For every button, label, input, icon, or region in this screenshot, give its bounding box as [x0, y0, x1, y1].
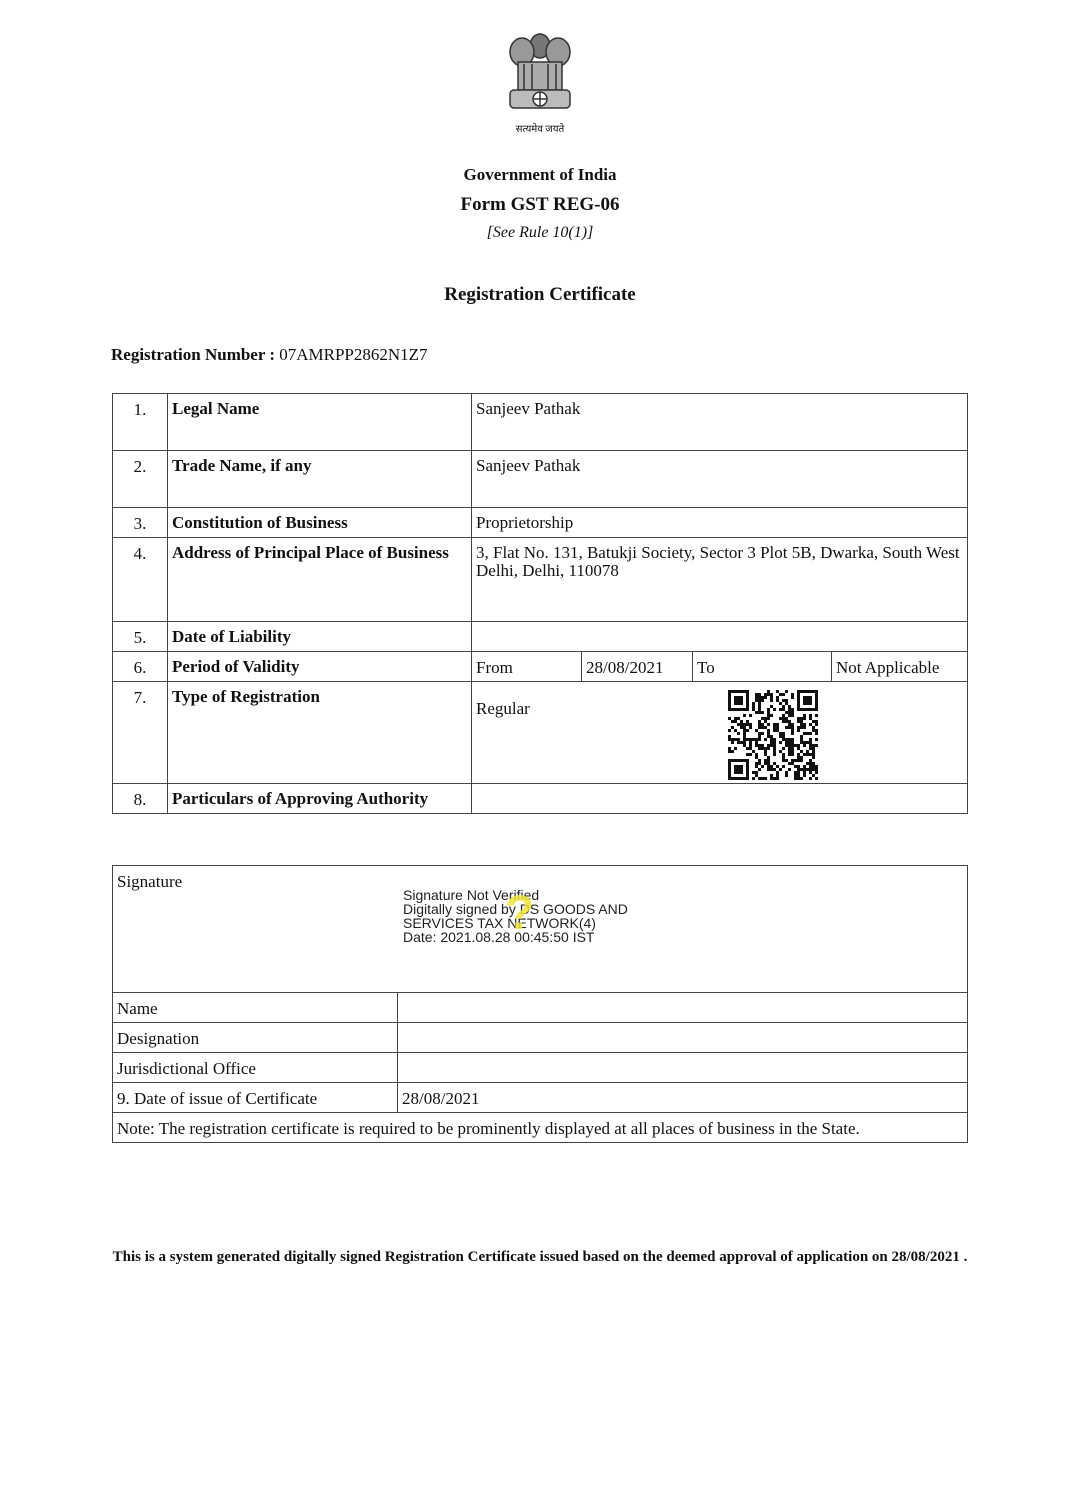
constitution-value: Proprietorship	[472, 508, 968, 538]
row-label: Address of Principal Place of Business	[168, 538, 472, 622]
authority-table: Signature Signature Not Verified Digital…	[112, 865, 968, 1143]
row-number: 4.	[113, 538, 168, 622]
validity-to-label: To	[693, 652, 832, 682]
certificate-table: 1. Legal Name Sanjeev Pathak 2. Trade Na…	[112, 393, 968, 814]
row-number: 3.	[113, 508, 168, 538]
row-number: 8.	[113, 784, 168, 814]
signature-row: Signature Signature Not Verified Digital…	[113, 866, 968, 993]
national-emblem-icon	[500, 22, 580, 122]
row-label: Particulars of Approving Authority	[168, 784, 472, 814]
registration-type-value: Regular	[476, 700, 530, 718]
row-number: 5.	[113, 622, 168, 652]
table-row: 3. Constitution of Business Proprietorsh…	[113, 508, 968, 538]
registration-number: Registration Number : 07AMRPP2862N1Z7	[111, 345, 428, 365]
table-row: 2. Trade Name, if any Sanjeev Pathak	[113, 451, 968, 508]
note-text: Note: The registration certificate is re…	[113, 1113, 968, 1143]
note-row: Note: The registration certificate is re…	[113, 1113, 968, 1143]
form-title: Form GST REG-06	[0, 194, 1080, 216]
table-row: 4. Address of Principal Place of Busines…	[113, 538, 968, 622]
row-label: Type of Registration	[168, 682, 472, 784]
authority-value	[398, 1023, 968, 1053]
authority-value	[398, 993, 968, 1023]
qr-code-icon	[728, 690, 818, 780]
table-row: 7. Type of Registration Regular	[113, 682, 968, 784]
issue-date-value: 28/08/2021	[398, 1083, 968, 1113]
address-value: 3, Flat No. 131, Batukji Society, Sector…	[472, 538, 968, 622]
validity-from-label: From	[472, 652, 582, 682]
validity-to-value: Not Applicable	[832, 652, 968, 682]
row-label: Period of Validity	[168, 652, 472, 682]
row-number: 7.	[113, 682, 168, 784]
authority-label: Designation	[113, 1023, 398, 1053]
row-number: 6.	[113, 652, 168, 682]
certificate-title: Registration Certificate	[0, 284, 1080, 306]
motto: सत्यमेव जयते	[490, 121, 590, 135]
validity-from-value: 28/08/2021	[582, 652, 693, 682]
table-row: 5. Date of Liability	[113, 622, 968, 652]
table-row: 8. Particulars of Approving Authority	[113, 784, 968, 814]
authority-value	[398, 1053, 968, 1083]
row-number: 1.	[113, 394, 168, 451]
table-row: 6. Period of Validity From 28/08/2021 To…	[113, 652, 968, 682]
table-row: 9. Date of issue of Certificate 28/08/20…	[113, 1083, 968, 1113]
authority-label: Jurisdictional Office	[113, 1053, 398, 1083]
row-label: Date of Liability	[168, 622, 472, 652]
table-row: 1. Legal Name Sanjeev Pathak	[113, 394, 968, 451]
date-of-liability-value	[472, 622, 968, 652]
row-number: 2.	[113, 451, 168, 508]
trade-name-value: Sanjeev Pathak	[472, 451, 968, 508]
signature-label: Signature	[117, 872, 182, 891]
approving-authority-value	[472, 784, 968, 814]
row-label: Legal Name	[168, 394, 472, 451]
registration-type-cell: Regular	[472, 682, 968, 784]
question-mark-icon: ?	[505, 890, 534, 938]
row-label: Trade Name, if any	[168, 451, 472, 508]
government-heading: Government of India	[0, 165, 1080, 185]
table-row: Designation	[113, 1023, 968, 1053]
table-row: Name	[113, 993, 968, 1023]
rule-reference: [See Rule 10(1)]	[0, 224, 1080, 242]
registration-number-value: 07AMRPP2862N1Z7	[279, 345, 427, 364]
legal-name-value: Sanjeev Pathak	[472, 394, 968, 451]
table-row: Jurisdictional Office	[113, 1053, 968, 1083]
registration-number-label: Registration Number :	[111, 345, 275, 364]
row-label: Constitution of Business	[168, 508, 472, 538]
authority-label: 9. Date of issue of Certificate	[113, 1083, 398, 1113]
signature-cell: Signature Signature Not Verified Digital…	[113, 866, 968, 993]
footer-statement: This is a system generated digitally sig…	[0, 1249, 1080, 1266]
authority-label: Name	[113, 993, 398, 1023]
